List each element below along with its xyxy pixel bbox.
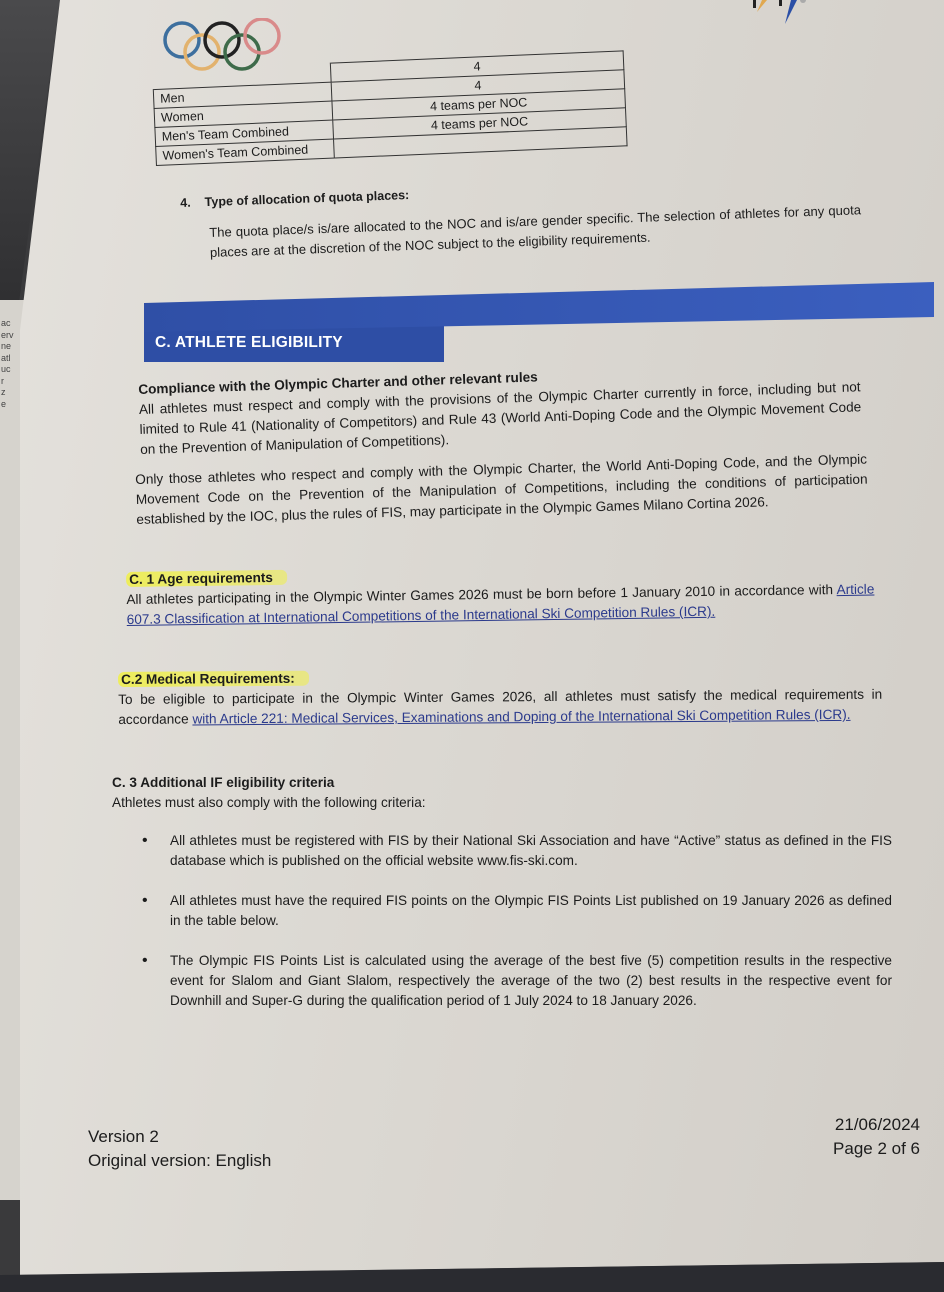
list-item: •All athletes must have the required FIS…: [112, 891, 892, 931]
fragment: ac: [1, 318, 17, 330]
fragment: z: [1, 387, 17, 399]
article-221-link[interactable]: with Article 221: Medical Services, Exam…: [192, 707, 850, 727]
page-number: Page 2 of 6: [833, 1137, 920, 1161]
footer-right: 21/06/2024 Page 2 of 6: [833, 1113, 920, 1161]
section-number: 4.: [180, 196, 191, 210]
additional-criteria-heading: C. 3 Additional IF eligibility criteria: [112, 773, 892, 793]
additional-criteria-intro: Athletes must also comply with the follo…: [112, 793, 892, 813]
footer-left: Version 2 Original version: English: [88, 1125, 271, 1173]
milano-cortina-logo-icon: [745, 0, 815, 26]
fragment: r: [1, 376, 17, 388]
fragment: e: [1, 399, 17, 411]
olympic-rings-icon: [162, 18, 286, 72]
document-date: 21/06/2024: [833, 1113, 920, 1137]
medical-requirements-block: C.2 Medical Requirements: To be eligible…: [118, 665, 882, 730]
underlying-page-text: ac erv ne atl uc r z e: [1, 318, 17, 410]
list-item-text: All athletes must have the required FIS …: [170, 893, 892, 928]
additional-criteria-block: C. 3 Additional IF eligibility criteria …: [112, 773, 892, 1031]
criteria-list: •All athletes must be registered with FI…: [112, 831, 892, 1011]
fragment: atl: [1, 353, 17, 365]
bullet-icon: •: [142, 951, 148, 971]
fragment: ne: [1, 341, 17, 353]
section-c-title: C. ATHLETE ELIGIBILITY: [155, 334, 343, 352]
medical-requirements-heading: C.2 Medical Requirements:: [118, 671, 309, 687]
version-label: Version 2: [88, 1125, 271, 1149]
list-item: •The Olympic FIS Points List is calculat…: [112, 951, 892, 1011]
quota-table: 4 Men 4 Women 4 teams per NOC Men's Team…: [152, 50, 628, 166]
age-requirements-heading: C. 1 Age requirements: [126, 570, 287, 587]
fragment: erv: [1, 330, 17, 342]
age-requirements-block: C. 1 Age requirements All athletes parti…: [126, 560, 875, 630]
bullet-icon: •: [142, 831, 148, 851]
list-item-text: The Olympic FIS Points List is calculate…: [170, 953, 892, 1008]
bullet-icon: •: [142, 891, 148, 911]
list-item: •All athletes must be registered with FI…: [112, 831, 892, 871]
list-item-text: All athletes must be registered with FIS…: [170, 833, 892, 868]
original-version-label: Original version: English: [88, 1149, 271, 1173]
fragment: uc: [1, 364, 17, 376]
